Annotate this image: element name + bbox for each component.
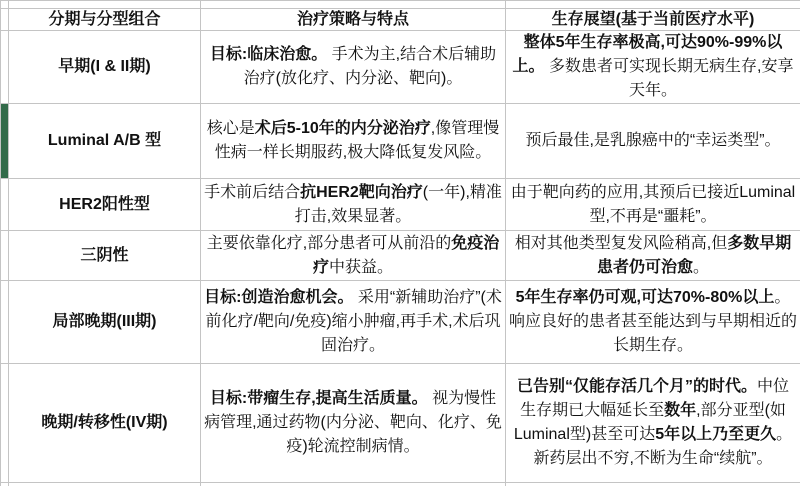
header-row: 分期与分型组合 治疗策略与特点 生存展望(基于当前医疗水平) bbox=[1, 9, 800, 31]
stage-cell: 早期(I & II期) bbox=[9, 31, 201, 104]
empty-cell bbox=[201, 483, 506, 486]
table-row-her2: HER2阳性型 手术前后结合抗HER2靶向治疗(一年),精准打击,效果显著。 由… bbox=[1, 179, 800, 231]
strategy-cell: 目标:创造治愈机会。 采用“新辅助治疗”(术前化疗/靶向/免疫)缩小肿瘤,再手术… bbox=[201, 281, 506, 364]
text-run: 目标:临床治愈。 bbox=[210, 46, 327, 63]
strategy-cell: 手术前后结合抗HER2靶向治疗(一年),精准打击,效果显著。 bbox=[201, 179, 506, 231]
text-run: 相对其他类型复发风险稍高,但 bbox=[515, 235, 727, 252]
edge-cell bbox=[1, 364, 9, 483]
edge-cell bbox=[1, 9, 9, 31]
strategy-cell: 核心是术后5-10年的内分泌治疗,像管理慢性病一样长期服药,极大降低复发风险。 bbox=[201, 104, 506, 179]
header-stage: 分期与分型组合 bbox=[9, 9, 201, 31]
empty-cell bbox=[506, 1, 800, 9]
stage-cell: 局部晚期(III期) bbox=[9, 281, 201, 364]
table-row-triple-negative: 三阴性 主要依靠化疗,部分患者可从前沿的免疫治疗中获益。 相对其他类型复发风险稍… bbox=[1, 231, 800, 281]
text-run: 由于靶向药的应用,其预后已接近Luminal型,不再是“噩耗”。 bbox=[511, 184, 795, 225]
spreadsheet-view: 分期与分型组合 治疗策略与特点 生存展望(基于当前医疗水平) 早期(I & II… bbox=[0, 0, 800, 486]
edge-cell bbox=[1, 281, 9, 364]
text-run: 中获益。 bbox=[329, 259, 393, 276]
text-run: 核心是 bbox=[207, 120, 255, 137]
outlook-cell: 相对其他类型复发风险稍高,但多数早期患者仍可治愈。 bbox=[506, 231, 800, 281]
stage-cell: HER2阳性型 bbox=[9, 179, 201, 231]
text-run: 多数患者可实现长期无病生存,安享天年。 bbox=[545, 58, 794, 99]
text-run: 目标:创造治愈机会。 bbox=[204, 289, 353, 306]
treatment-table: 分期与分型组合 治疗策略与特点 生存展望(基于当前医疗水平) 早期(I & II… bbox=[0, 0, 800, 486]
outlook-cell: 已告别“仅能存活几个月”的时代。中位生存期已大幅延长至数年,部分亚型(如Lumi… bbox=[506, 364, 800, 483]
stage-cell: 晚期/转移性(IV期) bbox=[9, 364, 201, 483]
stage-cell: 三阴性 bbox=[9, 231, 201, 281]
outlook-cell: 预后最佳,是乳腺癌中的“幸运类型”。 bbox=[506, 104, 800, 179]
text-run: 。 bbox=[693, 259, 709, 276]
edge-cell bbox=[1, 231, 9, 281]
text-run: 5年以上乃至更久 bbox=[655, 426, 776, 443]
edge-cell bbox=[1, 1, 9, 9]
outlook-cell: 由于靶向药的应用,其预后已接近Luminal型,不再是“噩耗”。 bbox=[506, 179, 800, 231]
empty-cell bbox=[201, 1, 506, 9]
table-row-metastatic: 晚期/转移性(IV期) 目标:带瘤生存,提高生活质量。 视为慢性病管理,通过药物… bbox=[1, 364, 800, 483]
strategy-cell: 目标:带瘤生存,提高生活质量。 视为慢性病管理,通过药物(内分泌、靶向、化疗、免… bbox=[201, 364, 506, 483]
text-run: 已告别“仅能存活几个月”的时代。 bbox=[517, 378, 757, 395]
header-strategy: 治疗策略与特点 bbox=[201, 9, 506, 31]
table-row-early-stage: 早期(I & II期) 目标:临床治愈。 手术为主,结合术后辅助治疗(放化疗、内… bbox=[1, 31, 800, 104]
strategy-cell: 主要依靠化疗,部分患者可从前沿的免疫治疗中获益。 bbox=[201, 231, 506, 281]
text-run: 目标:带瘤生存,提高生活质量。 bbox=[210, 390, 428, 407]
text-run: 抗HER2靶向治疗 bbox=[300, 184, 423, 201]
header-outlook: 生存展望(基于当前医疗水平) bbox=[506, 9, 800, 31]
empty-cell bbox=[9, 483, 201, 486]
edge-cell bbox=[1, 483, 9, 486]
edge-cell bbox=[1, 179, 9, 231]
text-run: 术后5-10年的内分泌治疗 bbox=[255, 120, 431, 137]
empty-cell bbox=[506, 483, 800, 486]
text-run: 预后最佳,是乳腺癌中的“幸运类型”。 bbox=[525, 132, 780, 149]
table-row-locally-advanced: 局部晚期(III期) 目标:创造治愈机会。 采用“新辅助治疗”(术前化疗/靶向/… bbox=[1, 281, 800, 364]
outlook-cell: 整体5年生存率极高,可达90%-99%以上。 多数患者可实现长期无病生存,安享天… bbox=[506, 31, 800, 104]
partial-row-top bbox=[1, 1, 800, 9]
empty-cell bbox=[9, 1, 201, 9]
outlook-cell: 5年生存率仍可观,可达70%-80%以上。 响应良好的患者甚至能达到与早期相近的… bbox=[506, 281, 800, 364]
edge-cell bbox=[1, 31, 9, 104]
table-row-luminal: Luminal A/B 型 核心是术后5-10年的内分泌治疗,像管理慢性病一样长… bbox=[1, 104, 800, 179]
green-accent-cell bbox=[1, 104, 9, 179]
text-run: 主要依靠化疗,部分患者可从前沿的 bbox=[207, 235, 451, 252]
text-run: 手术前后结合 bbox=[204, 184, 300, 201]
strategy-cell: 目标:临床治愈。 手术为主,结合术后辅助治疗(放化疗、内分泌、靶向)。 bbox=[201, 31, 506, 104]
text-run: 5年生存率仍可观,可达70%-80%以上 bbox=[516, 289, 775, 306]
stage-cell: Luminal A/B 型 bbox=[9, 104, 201, 179]
text-run: 数年 bbox=[664, 402, 696, 419]
partial-row-bottom bbox=[1, 483, 800, 486]
